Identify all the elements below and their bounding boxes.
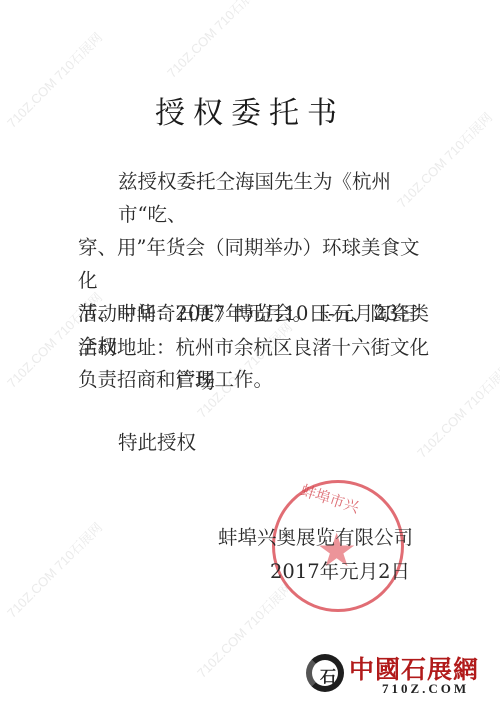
watermark: 710Z.COM 710石展网 xyxy=(192,578,296,682)
site-logo: 石 中國石展網 710Z.COM xyxy=(306,650,496,700)
body-line: 负责招商和管理工作。 xyxy=(78,363,438,396)
watermark: 710Z.COM 710石展网 xyxy=(162,0,266,81)
activity-place-label: 活动地址： xyxy=(78,336,176,359)
company-name: 蚌埠兴奥展览有限公司 xyxy=(218,522,413,550)
body-paragraph: 兹授权委托仝海国先生为《杭州市“吃、 穿、用”年货会（同期举办）环球美食文化 节… xyxy=(78,165,438,396)
activity-time-label: 活动时间： xyxy=(78,302,176,325)
signature-date: 2017年元月2日 xyxy=(270,556,410,584)
logo-domain-text: 710Z.COM xyxy=(382,681,469,697)
logo-stone-icon: 石 xyxy=(306,654,344,692)
activity-place-value: 杭州市余杭区良渚十六街文化 xyxy=(176,336,430,359)
activity-place: 活动地址：杭州市余杭区良渚十六街文化 xyxy=(78,332,429,360)
watermark: 710Z.COM 710石展网 xyxy=(2,518,106,622)
body-line: 穿、用”年货会（同期举办）环球美食文化 xyxy=(78,231,438,297)
closing-text: 特此授权 xyxy=(118,427,196,455)
activity-place-line2: 广场 xyxy=(176,366,215,394)
activity-time: 活动时间：2017年元月10日-元月23日 xyxy=(78,298,418,326)
document-title: 授权委托书 xyxy=(0,88,500,132)
body-line: 兹授权委托仝海国先生为《杭州市“吃、 xyxy=(78,165,438,231)
activity-time-value: 2017年元月10日-元月23日 xyxy=(176,302,418,325)
